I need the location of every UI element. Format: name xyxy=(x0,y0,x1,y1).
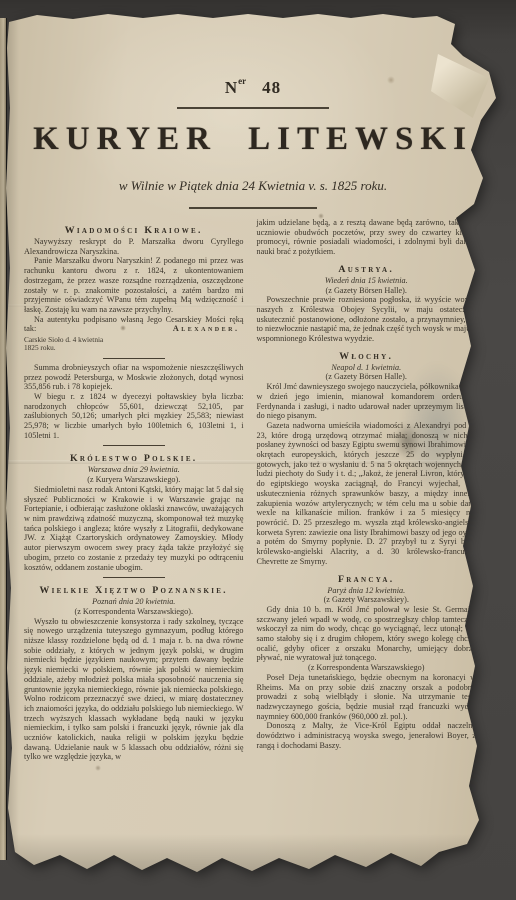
issue-number-line: Ner48 xyxy=(3,76,503,98)
news-section-heading: Francya. xyxy=(257,574,477,585)
masthead: Ner48 KURYER LITEWSKI w Wilnie w Piątek … xyxy=(3,8,503,209)
article-dateline: Wiedeń dnia 15 kwietnia. xyxy=(257,276,477,286)
article-dateline: Poznań dnia 20 kwietnia. xyxy=(24,597,244,607)
article-paragraph: Wyszło tu obwieszczenie konsystorza i ra… xyxy=(24,617,244,763)
article-source: (z Kuryera Warszawskiego). xyxy=(24,475,244,485)
article-paragraph: Siedmioletni nasz rodak Antoni Kątski, k… xyxy=(24,485,244,572)
masthead-rule-top xyxy=(177,107,329,109)
article-paragraph: W biegu r. z 1824 w dyecezyi połtawskiey… xyxy=(24,392,244,441)
news-section-heading: Królestwo Polskie. xyxy=(24,453,244,464)
news-section-heading: Wiadomości Kraiowe. xyxy=(24,225,244,236)
article-paragraph: Gazeta nadworna umieściła wiadomości z A… xyxy=(257,421,477,567)
article-paragraph: Poseł Deja tunetańskiego, będzie obecnym… xyxy=(257,673,477,722)
article-paragraph: Panie Marszałku dworu Naryszkin! Z podan… xyxy=(24,256,244,314)
article-dateline: Paryż dnia 12 kwietnia. xyxy=(257,586,477,596)
masthead-dateline: w Wilnie w Piątek dnia 24 Kwietnia v. s.… xyxy=(3,178,503,194)
news-section-heading: Włochy. xyxy=(257,351,477,362)
article-paragraph: Naywyższy reskrypt do P. Marszałka dworu… xyxy=(24,237,244,256)
article-source: (z Korrespondenta Warszawskiego) xyxy=(257,663,477,673)
column-right: jakim udzielane będą, a z resztą dawane … xyxy=(257,218,477,806)
signature-paragraph: Na autentyku podpisano własną Jego Cesar… xyxy=(24,315,244,334)
article-paragraph: Król Jmć dawnieyszego swojego nauczyciel… xyxy=(257,382,477,421)
newspaper-title: KURYER LITEWSKI xyxy=(3,121,503,158)
article-dateline: Neapol d. 1 kwietnia. xyxy=(257,363,477,373)
article-source: (z Gazety Börsen Halle). xyxy=(257,372,477,382)
article-dateline: Warszawa dnia 29 kwietnia. xyxy=(24,465,244,475)
separator-rule xyxy=(103,358,165,359)
imprint-footnote: Carskie Sioło d. 4 kwietnia 1825 roku. xyxy=(24,336,110,353)
paper-sheet: Ner48 KURYER LITEWSKI w Wilnie w Piątek … xyxy=(3,8,503,876)
article-paragraph: Donoszą z Malty, że Vice-Król Egiptu odd… xyxy=(257,721,477,750)
article-paragraph: jakim udzielane będą, a z resztą dawane … xyxy=(257,218,477,257)
separator-rule xyxy=(103,445,165,446)
article-paragraph: Gdy dnia 10 b. m. Król Jmć polował w les… xyxy=(257,605,477,663)
signature: Alexander. xyxy=(163,324,240,334)
article-source: (z Gazety Börsen Halle). xyxy=(257,286,477,296)
issue-superscript: er xyxy=(238,76,246,86)
paper-wrap: Ner48 KURYER LITEWSKI w Wilnie w Piątek … xyxy=(0,0,516,900)
article-source: (z Gazety Warszawskiey). xyxy=(257,595,477,605)
article-paragraph: Powszechnie prawie rozniesiona pogłoska,… xyxy=(257,295,477,344)
newspaper-scan: { "colors": { "background": "#444240", "… xyxy=(0,0,516,900)
issue-label: N xyxy=(225,78,238,97)
news-section-heading: Austrya. xyxy=(257,264,477,275)
news-section-heading: Wielkie Xięztwo Poznanskie. xyxy=(24,585,244,596)
tear-shadow xyxy=(3,834,503,876)
issue-number: 48 xyxy=(262,78,281,97)
article-paragraph: Summa drobnieyszych ofiar na wspomożenie… xyxy=(24,363,244,392)
body-columns: Wiadomości Kraiowe.Naywyższy reskrypt do… xyxy=(3,209,503,806)
separator-rule xyxy=(103,577,165,578)
page-content: Ner48 KURYER LITEWSKI w Wilnie w Piątek … xyxy=(3,8,503,806)
article-source: (z Korrespondenta Warszawskiego). xyxy=(24,607,244,617)
column-left: Wiadomości Kraiowe.Naywyższy reskrypt do… xyxy=(24,218,244,806)
